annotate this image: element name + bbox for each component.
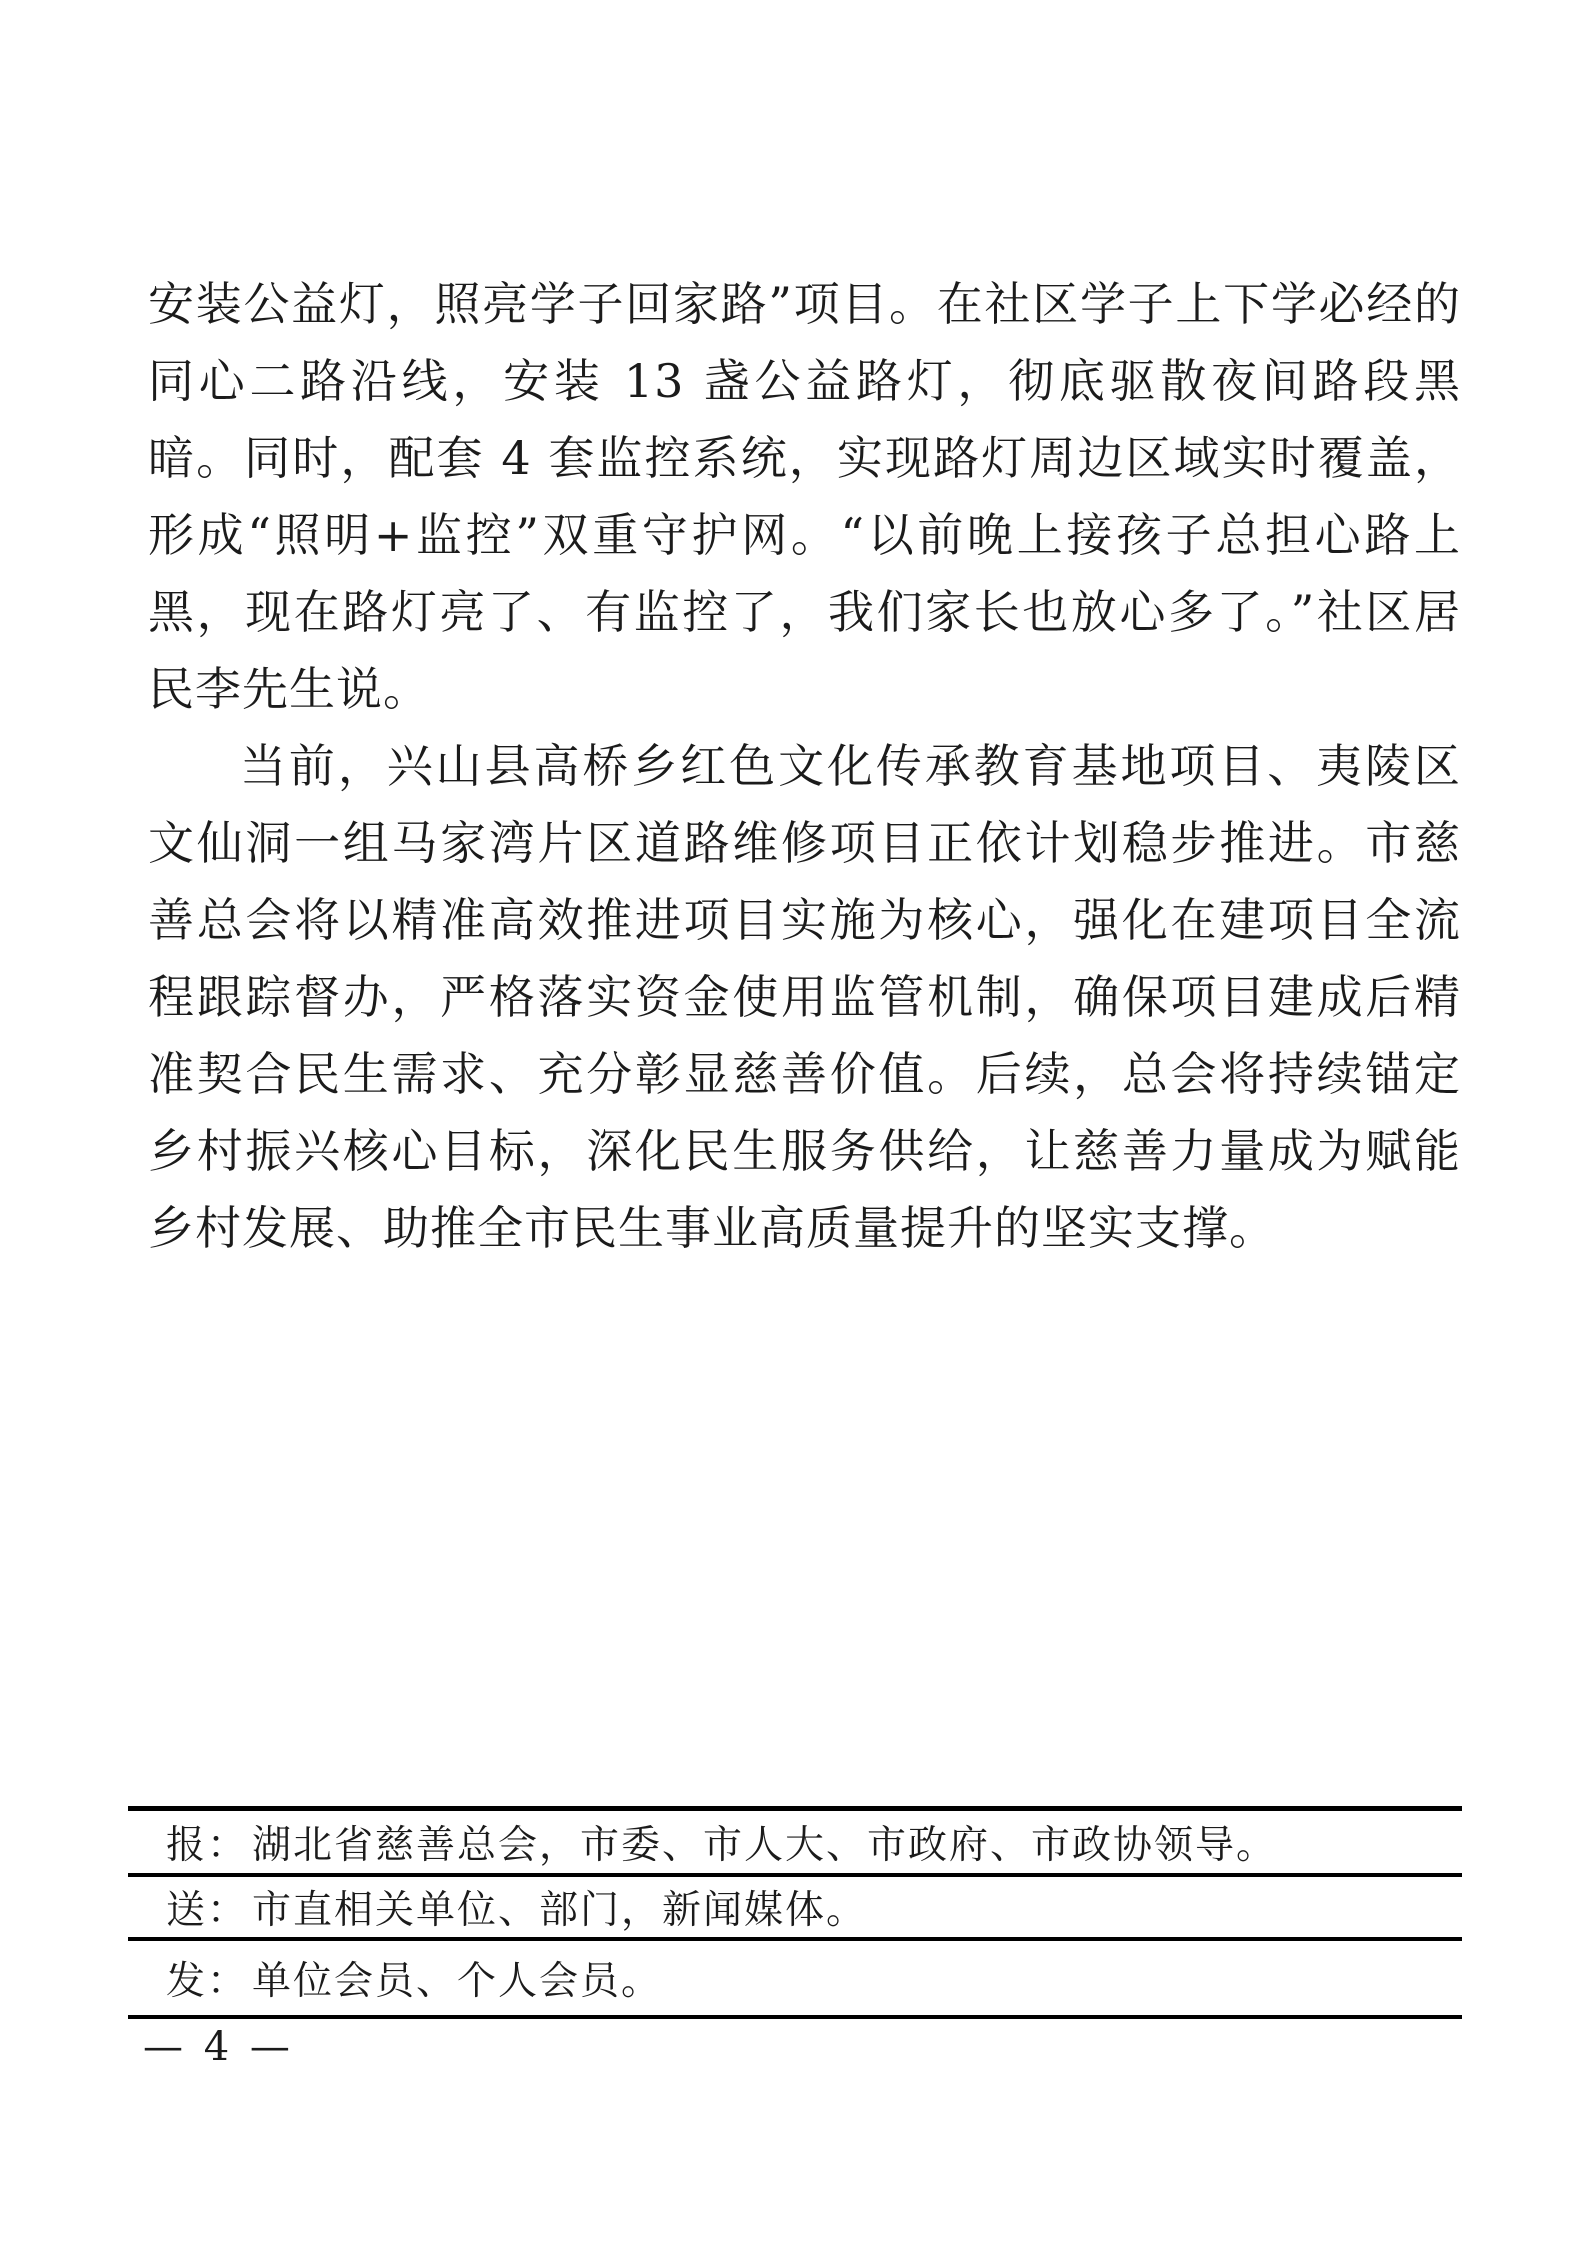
distribution-row-send-label: 送： <box>166 1879 248 1935</box>
document-page: 安装公益灯，照亮学子回家路”项目。在社区学子上下学必经的同心二路沿线，安装 13… <box>0 0 1587 2245</box>
distribution-row-report: 报： 湖北省慈善总会，市委、市人大、市政府、市政协领导。 <box>128 1811 1462 1877</box>
distribution-row-issue: 发： 单位会员、个人会员。 <box>128 1941 1462 2015</box>
document-body: 安装公益灯，照亮学子回家路”项目。在社区学子上下学必经的同心二路沿线，安装 13… <box>148 266 1461 1267</box>
distribution-row-issue-content: 单位会员、个人会员。 <box>252 1950 662 2006</box>
distribution-row-issue-label: 发： <box>166 1950 248 2006</box>
distribution-row-send: 送： 市直相关单位、部门，新闻媒体。 <box>128 1877 1462 1941</box>
distribution-row-report-label: 报： <box>166 1814 248 1870</box>
page-number: — 4 — <box>143 2024 294 2070</box>
distribution-block: 报： 湖北省慈善总会，市委、市人大、市政府、市政协领导。 送： 市直相关单位、部… <box>128 1806 1462 2019</box>
distribution-row-send-content: 市直相关单位、部门，新闻媒体。 <box>252 1879 867 1935</box>
distribution-row-report-content: 湖北省慈善总会，市委、市人大、市政府、市政协领导。 <box>252 1814 1277 1870</box>
paragraph-street-lights: 安装公益灯，照亮学子回家路”项目。在社区学子上下学必经的同心二路沿线，安装 13… <box>148 266 1461 728</box>
paragraph-current-projects: 当前，兴山县高桥乡红色文化传承教育基地项目、夷陵区文仙洞一组马家湾片区道路维修项… <box>148 728 1461 1267</box>
